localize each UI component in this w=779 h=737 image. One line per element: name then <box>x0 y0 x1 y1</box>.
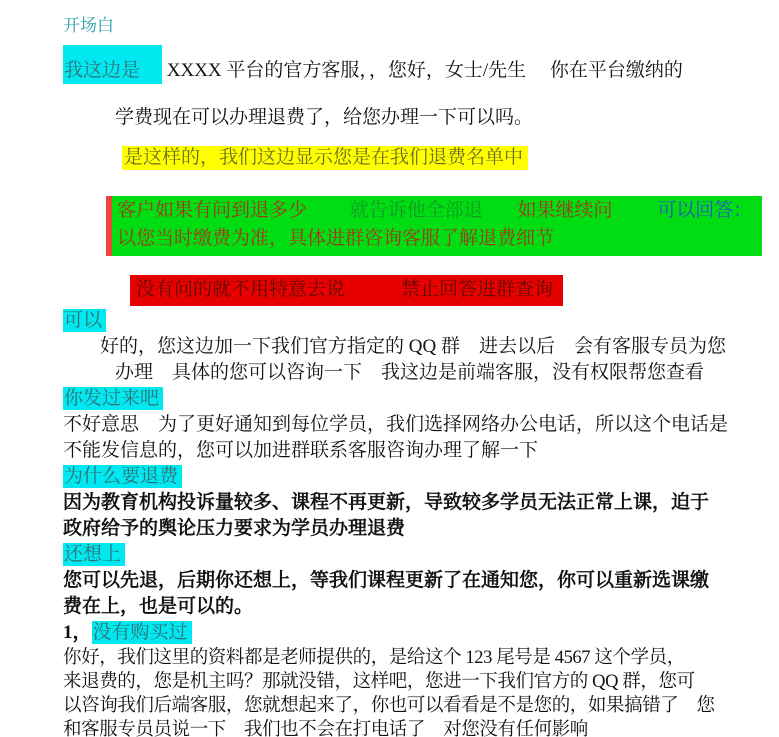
yellow-note-line: 是这样的，我们这边显示您是在我们退费名单中 <box>122 145 773 171</box>
question-haixiangshang: 还想上 <box>63 542 773 568</box>
highlight-opening-tag: 我这边是 <box>63 45 162 84</box>
opening-line-1: 我这边是 XXXX 平台的官方客服，，您好，女士/先生 你在平台缴纳的 <box>63 58 773 84</box>
green-note-block: 客户如果有问到退多少 就告诉他全部退 如果继续问 可以回答： 以您当时缴费为准，… <box>106 196 762 256</box>
green-note-line2-text: 以您当时缴费为准，具体进群咨询客服了解退费细节 <box>117 228 554 249</box>
highlight-question-weishenme: 为什么要退费 <box>63 465 182 488</box>
green-note-seg2: 就告诉他全部退 <box>350 200 483 221</box>
answer-keyi-line-2: 办理 具体的您可以咨询一下 我这边是前端客服，没有权限帮您查看 <box>115 360 773 386</box>
question-weishenme: 为什么要退费 <box>63 464 773 490</box>
opening-line-1-text: XXXX 平台的官方客服，，您好，女士/先生 你在平台缴纳的 <box>167 60 683 81</box>
final-paragraph-line-2: 来退费的，您是机主吗？那就没错，这样吧，您进一下我们官方的 QQ 群，您可 <box>63 670 773 694</box>
red-warning-seg1: 没有问的就不用特意去说 <box>136 279 345 300</box>
answer-weishenme-line-1: 因为教育机构投诉量较多、课程不再更新，导致较多学员无法正常上课，迫于 <box>63 490 773 516</box>
answer-weishenme-line-2: 政府给予的舆论压力要求为学员办理退费 <box>63 516 773 542</box>
opening-line-2: 学费现在可以办理退费了，给您办理一下可以吗。 <box>115 105 773 131</box>
green-note-seg1: 客户如果有问到退多少 <box>117 200 307 221</box>
green-note-seg3: 如果继续问 <box>518 200 613 221</box>
highlight-question-haixiangshang: 还想上 <box>63 543 125 566</box>
answer-haixiangshang-line-1: 您可以先退，后期你还想上，等我们课程更新了在通知您，你可以重新选课缴 <box>63 568 773 594</box>
answer-haixiangshang-line-2: 费在上，也是可以的。 <box>63 594 773 620</box>
highlight-question-nifaguolaiba: 你发过来吧 <box>63 387 163 410</box>
red-warning-block: 没有问的就不用特意去说禁止回答进群查询 <box>130 275 563 306</box>
green-note-line-2: 以您当时缴费为准，具体进群咨询客服了解退费细节 <box>117 225 752 253</box>
highlight-question-keyi: 可以 <box>63 309 106 332</box>
doc-title: 开场白 <box>63 14 773 38</box>
green-note-seg4: 可以回答： <box>657 200 752 221</box>
item1-number: 1， <box>63 622 92 643</box>
green-note-line-1: 客户如果有问到退多少 就告诉他全部退 如果继续问 可以回答： <box>117 197 752 225</box>
document-page: 开场白 我这边是 XXXX 平台的官方客服，，您好，女士/先生 你在平台缴纳的 … <box>0 0 779 737</box>
final-paragraph-line-4: 和客服专员员说一下 我们也不会在打电话了 对您没有任何影响 <box>63 718 773 737</box>
answer-nifaguolaiba-line-1: 不好意思 为了更好通知到每位学员，我们选择网络办公电话，所以这个电话是 <box>63 412 773 438</box>
question-nifaguolaiba: 你发过来吧 <box>63 386 773 412</box>
answer-nifaguolaiba-line-2: 不能发信息的，您可以加进群联系客服咨询办理了解一下 <box>63 438 773 464</box>
item1-line: 1，没有购买过 <box>63 620 773 646</box>
final-paragraph-line-3: 以咨询我们后端客服，您就想起来了，你也可以看看是不是您的，如果搞错了 您 <box>63 694 773 718</box>
red-warning-seg2: 禁止回答进群查询 <box>401 279 553 300</box>
final-paragraph-line-1: 你好，我们这里的资料都是老师提供的，是给这个 123 尾号是 4567 这个学员… <box>63 646 773 670</box>
question-keyi: 可以 <box>63 308 773 334</box>
yellow-note-text: 是这样的，我们这边显示您是在我们退费名单中 <box>122 146 528 170</box>
answer-keyi-line-1: 好的，您这边加一下我们官方指定的 QQ 群 进去以后 会有客服专员为您 <box>100 334 773 360</box>
highlight-item1-tag: 没有购买过 <box>92 621 192 644</box>
